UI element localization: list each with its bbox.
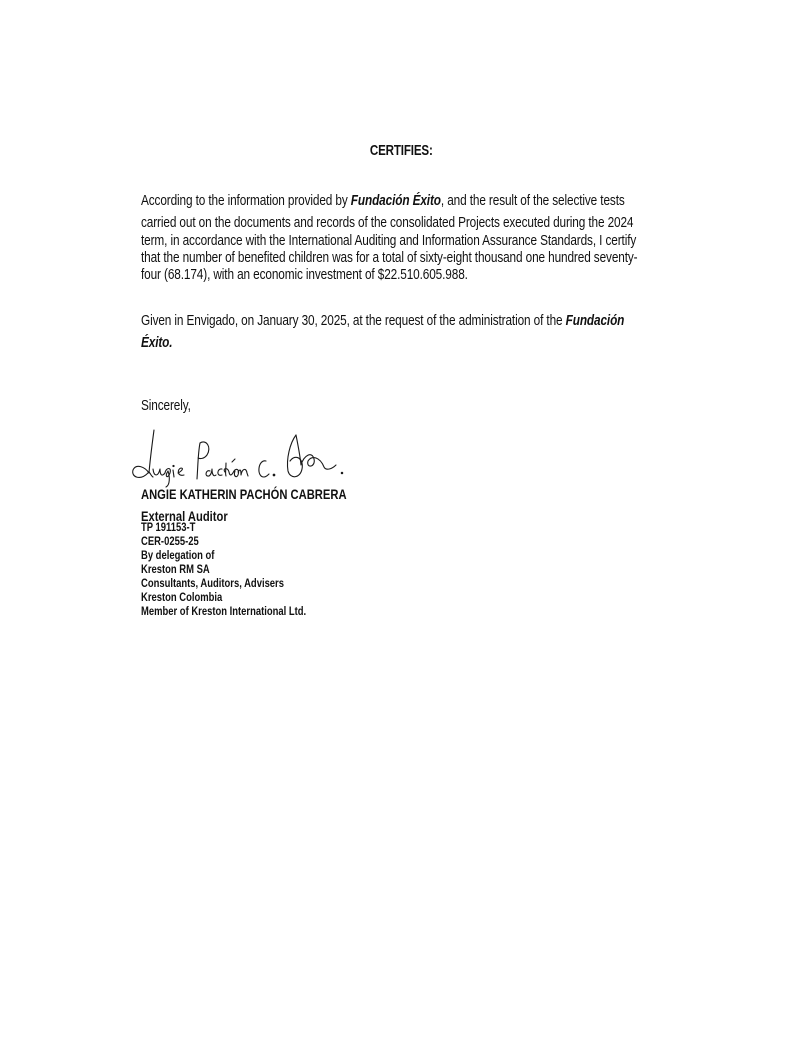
paragraph-1-line-4: that the number of benefited children wa… [141, 250, 637, 266]
paragraph-2-line-1: Given in Envigado, on January 30, 2025, … [141, 313, 624, 329]
paragraph-2-line-2: Éxito. [141, 335, 172, 351]
signatory-detail: Kreston Colombia [141, 590, 222, 604]
signatory-detail: Kreston RM SA [141, 562, 210, 576]
signatory-name: ANGIE KATHERIN PACHÓN CABRERA [141, 486, 347, 502]
paragraph-1-line-3: term, in accordance with the Internation… [141, 233, 636, 249]
paragraph-1-line-2: carried out on the documents and records… [141, 215, 633, 231]
foundation-name: Éxito. [141, 335, 172, 351]
paragraph-1-line-5: four (68.174), with an economic investme… [141, 267, 468, 283]
handwritten-signature [128, 425, 348, 490]
paragraph-1-line-1: According to the information provided by… [141, 193, 625, 209]
certificate-page: CERTIFIES: According to the information … [0, 0, 811, 1050]
signatory-detail: TP 191153-T [141, 520, 195, 534]
signature-icon [128, 425, 348, 490]
foundation-name: Fundación Éxito [351, 193, 441, 209]
signatory-detail: CER-0255-25 [141, 534, 199, 548]
foundation-name: Fundación [566, 313, 625, 329]
certificate-heading: CERTIFIES: [0, 143, 802, 159]
signatory-detail: Consultants, Auditors, Advisers [141, 576, 284, 590]
signatory-detail: By delegation of [141, 548, 214, 562]
signatory-detail: Member of Kreston International Ltd. [141, 604, 306, 618]
closing-salutation: Sincerely, [141, 398, 191, 414]
